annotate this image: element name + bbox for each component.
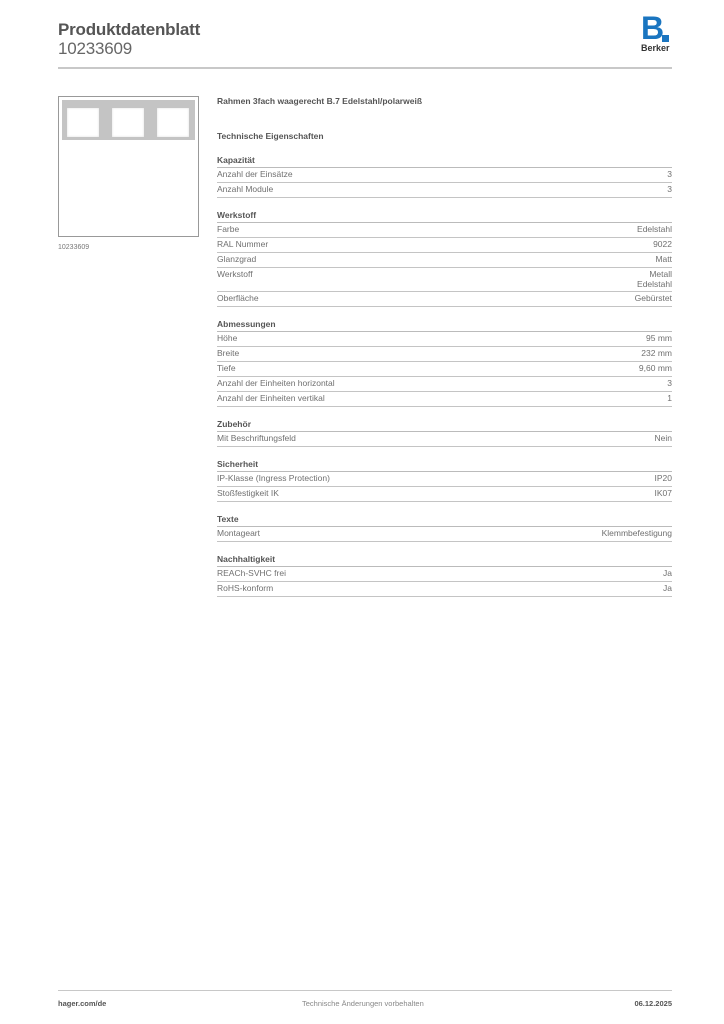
property-value-line: Ja <box>663 568 672 578</box>
property-value-line: Nein <box>655 433 672 443</box>
property-row: Anzahl Module3 <box>217 183 672 198</box>
property-label: Montageart <box>217 528 260 538</box>
property-value-line: 9022 <box>653 239 672 249</box>
property-value-line: IK07 <box>655 488 673 498</box>
property-row: Mit BeschriftungsfeldNein <box>217 432 672 447</box>
property-value-line: 232 mm <box>641 348 672 358</box>
product-image <box>58 96 199 237</box>
property-row: Stoßfestigkeit IKIK07 <box>217 487 672 502</box>
property-label: Höhe <box>217 333 237 343</box>
property-row: RoHS-konformJa <box>217 582 672 597</box>
footer-divider <box>58 990 672 991</box>
properties-sections: KapazitätAnzahl der Einsätze3Anzahl Modu… <box>217 155 672 597</box>
property-label: Stoßfestigkeit IK <box>217 488 279 498</box>
technical-properties-title: Technische Eigenschaften <box>217 131 672 143</box>
property-row: Höhe95 mm <box>217 332 672 347</box>
section-title: Kapazität <box>217 155 672 168</box>
property-label: Farbe <box>217 224 239 234</box>
property-value-line: 3 <box>667 378 672 388</box>
article-number: 10233609 <box>58 39 132 59</box>
header-divider <box>58 67 672 69</box>
property-value-line: 1 <box>667 393 672 403</box>
logo-letter: B <box>641 12 664 44</box>
property-label: Anzahl der Einheiten horizontal <box>217 378 335 388</box>
footer-date: 06.12.2025 <box>634 999 672 1008</box>
property-label: Glanzgrad <box>217 254 256 264</box>
property-value-line: 3 <box>667 184 672 194</box>
property-label: Anzahl Module <box>217 184 273 194</box>
property-row: RAL Nummer9022 <box>217 238 672 253</box>
property-value: 3 <box>667 378 672 388</box>
section-title: Abmessungen <box>217 319 672 332</box>
property-row: Anzahl der Einsätze3 <box>217 168 672 183</box>
section-kapazit-t: KapazitätAnzahl der Einsätze3Anzahl Modu… <box>217 155 672 198</box>
property-row: Breite232 mm <box>217 347 672 362</box>
property-label: RoHS-konform <box>217 583 273 593</box>
section-title: Texte <box>217 514 672 527</box>
property-value: Edelstahl <box>637 224 672 234</box>
property-value-line: 3 <box>667 169 672 179</box>
property-label: Anzahl der Einsätze <box>217 169 293 179</box>
property-value: 3 <box>667 184 672 194</box>
section-abmessungen: AbmessungenHöhe95 mmBreite232 mmTiefe9,6… <box>217 319 672 407</box>
section-title: Zubehör <box>217 419 672 432</box>
property-value: 9,60 mm <box>639 363 672 373</box>
property-label: Oberfläche <box>217 293 259 303</box>
property-row: OberflächeGebürstet <box>217 292 672 307</box>
page-title: Produktdatenblatt <box>58 20 200 40</box>
property-value: 95 mm <box>646 333 672 343</box>
property-value: Ja <box>663 583 672 593</box>
property-value: IK07 <box>655 488 673 498</box>
section-texte: TexteMontageartKlemmbefestigung <box>217 514 672 542</box>
property-value: 232 mm <box>641 348 672 358</box>
property-row: Tiefe9,60 mm <box>217 362 672 377</box>
property-label: Werkstoff <box>217 269 253 279</box>
frame-cell <box>112 108 144 137</box>
property-value: Klemmbefestigung <box>602 528 672 538</box>
property-value: 3 <box>667 169 672 179</box>
section-zubeh-r: ZubehörMit BeschriftungsfeldNein <box>217 419 672 447</box>
frame-cell <box>157 108 189 137</box>
section-nachhaltigkeit: NachhaltigkeitREACh-SVHC freiJaRoHS-konf… <box>217 554 672 597</box>
property-value-line: Matt <box>655 254 672 264</box>
property-label: IP-Klasse (Ingress Protection) <box>217 473 330 483</box>
property-row: IP-Klasse (Ingress Protection)IP20 <box>217 472 672 487</box>
product-name: Rahmen 3fach waagerecht B.7 Edelstahl/po… <box>217 96 672 108</box>
property-value: 9022 <box>653 239 672 249</box>
property-value: 1 <box>667 393 672 403</box>
property-label: Tiefe <box>217 363 236 373</box>
logo-dot-icon <box>662 35 669 42</box>
property-label: REACh-SVHC frei <box>217 568 286 578</box>
section-title: Sicherheit <box>217 459 672 472</box>
property-row: REACh-SVHC freiJa <box>217 567 672 582</box>
property-value: IP20 <box>655 473 673 483</box>
section-werkstoff: WerkstoffFarbeEdelstahlRAL Nummer9022Gla… <box>217 210 672 307</box>
property-value: Gebürstet <box>635 293 672 303</box>
property-value: Nein <box>655 433 672 443</box>
property-value-line: Edelstahl <box>637 224 672 234</box>
property-row: MontageartKlemmbefestigung <box>217 527 672 542</box>
property-label: Anzahl der Einheiten vertikal <box>217 393 325 403</box>
section-title: Nachhaltigkeit <box>217 554 672 567</box>
frame-illustration <box>62 100 195 140</box>
property-value-line: Klemmbefestigung <box>602 528 672 538</box>
section-title: Werkstoff <box>217 210 672 223</box>
berker-logo: B Berker <box>640 16 676 56</box>
property-value-line: 9,60 mm <box>639 363 672 373</box>
product-details: Rahmen 3fach waagerecht B.7 Edelstahl/po… <box>217 96 672 597</box>
property-row: Anzahl der Einheiten vertikal1 <box>217 392 672 407</box>
property-value-line: Gebürstet <box>635 293 672 303</box>
property-value: MetallEdelstahl <box>637 269 672 289</box>
image-caption: 10233609 <box>58 244 89 251</box>
property-value-line: Ja <box>663 583 672 593</box>
property-row: GlanzgradMatt <box>217 253 672 268</box>
logo-brand-name: Berker <box>641 43 670 53</box>
property-row: FarbeEdelstahl <box>217 223 672 238</box>
property-row: Anzahl der Einheiten horizontal3 <box>217 377 672 392</box>
footer-website: hager.com/de <box>58 999 106 1008</box>
footer-notice: Technische Änderungen vorbehalten <box>302 999 424 1008</box>
section-sicherheit: SicherheitIP-Klasse (Ingress Protection)… <box>217 459 672 502</box>
property-value-line: 95 mm <box>646 333 672 343</box>
frame-cell <box>67 108 99 137</box>
property-label: RAL Nummer <box>217 239 268 249</box>
property-value-line: IP20 <box>655 473 673 483</box>
property-value-line: Edelstahl <box>637 279 672 289</box>
property-value-line: Metall <box>637 269 672 279</box>
property-label: Mit Beschriftungsfeld <box>217 433 296 443</box>
property-value: Ja <box>663 568 672 578</box>
property-row: WerkstoffMetallEdelstahl <box>217 268 672 292</box>
property-label: Breite <box>217 348 239 358</box>
property-value: Matt <box>655 254 672 264</box>
